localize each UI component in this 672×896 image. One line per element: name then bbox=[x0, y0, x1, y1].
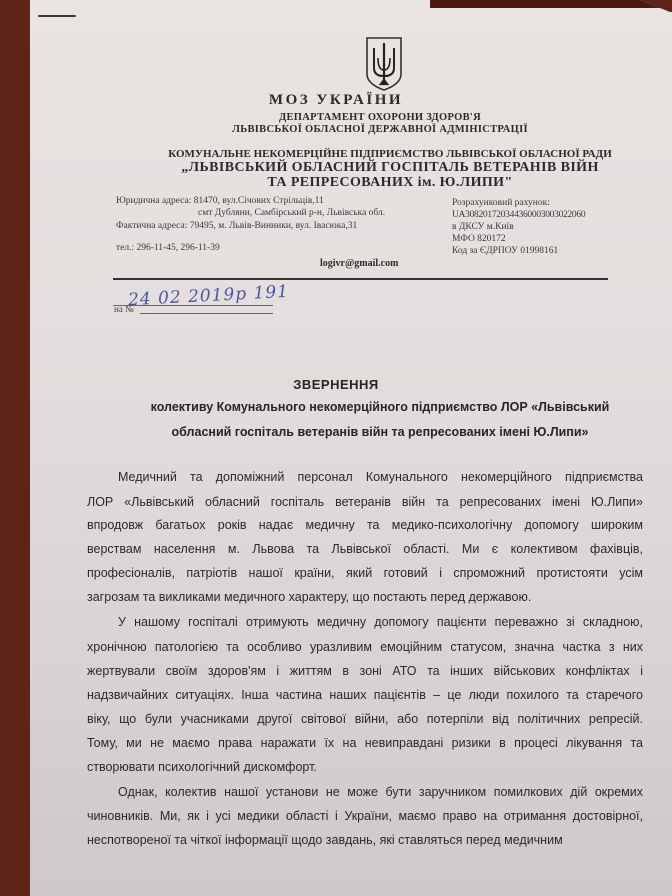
page-top-shadow bbox=[430, 0, 672, 8]
department-line-2: ЛЬВІВСЬКОЇ ОБЛАСНОЇ ДЕРЖАВНОЇ АДМІНІСТРА… bbox=[100, 124, 660, 135]
legal-address: Юридична адреса: 81470, вул.Січових Стрі… bbox=[116, 196, 324, 206]
body-text-line: Однак, колектив нашої установи не може б… bbox=[118, 785, 643, 799]
letterhead-divider bbox=[113, 278, 608, 280]
organization-line-3: ТА РЕПРЕСОВАНИХ ім. Ю.ЛИПИ" bbox=[120, 175, 660, 191]
appeal-title: ЗВЕРНЕННЯ bbox=[0, 377, 672, 392]
ministry-name: МОЗ УКРАЇНИ bbox=[0, 92, 672, 109]
body-text-line: У нашому госпіталі отримують медичну доп… bbox=[118, 615, 643, 629]
body-text-line: Тому, ми не маємо права наражати їх на н… bbox=[87, 736, 643, 750]
appeal-subtitle-line-2: обласний госпіталь ветеранів війн та реп… bbox=[90, 425, 670, 439]
department-line-1: ДЕПАРТАМЕНТ ОХОРОНИ ЗДОРОВ'Я bbox=[100, 112, 660, 123]
body-text-line: віку, що були учасниками другої світової… bbox=[87, 712, 643, 726]
organization-line-2: „ЛЬВІВСЬКИЙ ОБЛАСНИЙ ГОСПІТАЛЬ ВЕТЕРАНІВ… bbox=[120, 160, 660, 176]
phone-numbers: тел.: 296-11-45, 296-11-39 bbox=[116, 243, 220, 253]
bank-mfo: МФО 820172 bbox=[452, 234, 506, 244]
body-text-line: Медичний та допоміжний персонал Комуналь… bbox=[118, 470, 643, 484]
body-text-line: ЛОР «Львівський обласний госпіталь ветер… bbox=[87, 495, 643, 509]
body-text-line: впродовж багатьох років надає медичну та… bbox=[87, 518, 643, 532]
coat-of-arms-trident-icon bbox=[364, 36, 404, 92]
bank-account-label: Розрахунковий рахунок: bbox=[452, 198, 550, 208]
bank-name: в ДКСУ м.Київ bbox=[452, 222, 514, 232]
body-text-line: хронічною патологією та особливо уразлив… bbox=[87, 640, 643, 654]
bank-edrpou: Код за ЄДРПОУ 01998161 bbox=[452, 246, 558, 256]
actual-address: Фактична адреса: 79495, м. Львів-Винники… bbox=[116, 221, 357, 231]
bank-account-number: UA308201720344360003003022060 bbox=[452, 210, 585, 220]
body-text-line: створювати психологічний дискомфорт. bbox=[87, 760, 643, 774]
organization-line-1: КОМУНАЛЬНЕ НЕКОМЕРЦІЙНЕ ПІДПРИЄМСТВО ЛЬВ… bbox=[120, 148, 660, 160]
date-underline bbox=[113, 305, 273, 306]
reference-number-underline bbox=[140, 313, 273, 314]
body-text-line: жертвували своїм здоров'ям і життям в зо… bbox=[87, 664, 643, 678]
appeal-subtitle-line-1: колективу Комунального некомерційного пі… bbox=[90, 400, 670, 414]
body-text-line: надзвичайних ситуаціях. Інша частина наш… bbox=[87, 688, 643, 702]
body-text-line: верствам населення м. Львова та Львівськ… bbox=[87, 542, 643, 556]
body-text-line: професіоналів, патріотів нашої країни, я… bbox=[87, 566, 643, 580]
body-text-line: чиновників. Ми, як і усі медики області … bbox=[87, 809, 643, 823]
reference-number-label: на № bbox=[114, 304, 134, 314]
corner-mark bbox=[38, 15, 76, 17]
body-text-line: неспотвореної та чіткої інформації щодо … bbox=[87, 833, 643, 847]
email-address: logivr@gmail.com bbox=[320, 258, 398, 269]
body-text-line: загрозам та викликами медичного характер… bbox=[87, 590, 643, 604]
legal-address-cont: смт Дубляни, Самбірський р-н, Львівська … bbox=[198, 208, 385, 218]
